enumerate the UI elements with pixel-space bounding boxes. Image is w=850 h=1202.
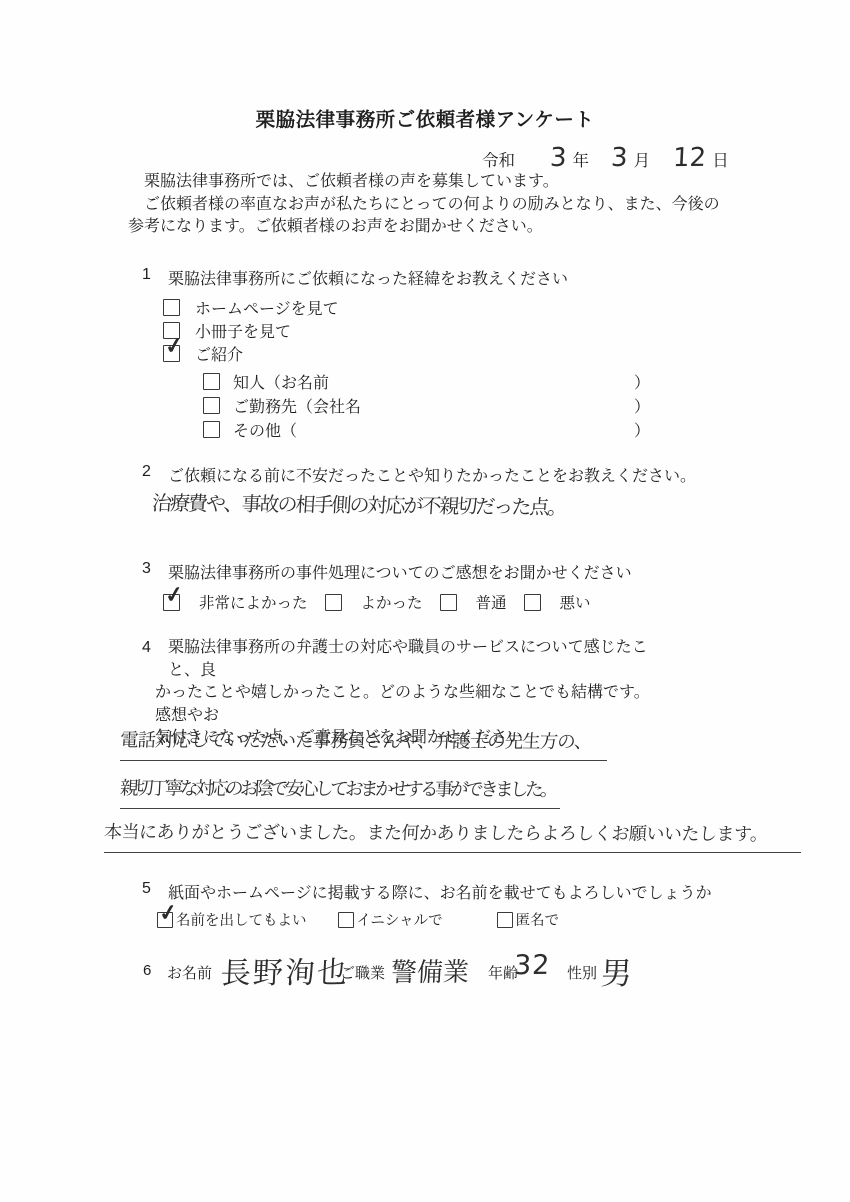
age-value: 32 xyxy=(513,950,551,981)
occupation-value: 警備業 xyxy=(390,952,470,990)
question-1: 1 栗脇法律事務所にご依頼になった経緯をお教えください ホームページを見て 小冊… xyxy=(142,266,673,441)
q2-number: 2 xyxy=(142,463,156,486)
q5-option-anonymous: 匿名で xyxy=(497,909,560,930)
intro-line-1: 栗脇法律事務所では、ご依頼者様の声を募集しています。 xyxy=(128,171,748,194)
q1-options-list: ホームページを見て 小冊子を見て ✓ ご紹介 知人（お名前 ） ご勤務先（会社名… xyxy=(163,296,673,441)
checkbox-initials xyxy=(338,912,354,928)
intro-paragraph: 栗脇法律事務所では、ご依頼者様の声を募集しています。 ご依頼者様の率直なお声が私… xyxy=(128,171,748,239)
q1-number: 1 xyxy=(142,266,156,289)
handwritten-text: 本当にありがとうございました。また何かありましたらよろしくお願いいたします。 xyxy=(103,816,768,851)
checkbox-label: 知人（お名前 xyxy=(233,370,329,393)
checkbox-label: 悪い xyxy=(560,591,591,613)
q1-suboption-acquaintance: 知人（お名前 ） xyxy=(203,369,673,393)
q2-heading-text: ご依頼になる前に不安だったことや知りたかったことをお教えください。 xyxy=(168,463,696,486)
q5-number: 5 xyxy=(142,880,156,903)
name-label: お名前 xyxy=(167,962,212,983)
checkbox-acquaintance xyxy=(203,373,220,390)
date-year-unit: 年 xyxy=(573,147,590,171)
gender-value: 男 xyxy=(600,948,633,993)
q5-heading: 5 紙面やホームページに掲載する際に、お名前を載せてもよろしいでしょうか xyxy=(142,880,712,903)
q3-heading-text: 栗脇法律事務所の事件処理についてのご感想をお聞かせください xyxy=(168,560,632,583)
check-mark: ✓ xyxy=(164,334,185,358)
checkbox-label: よかった xyxy=(361,591,423,613)
check-mark: ✓ xyxy=(158,900,179,924)
date-day-unit: 日 xyxy=(712,147,729,171)
q2-heading: 2 ご依頼になる前に不安だったことや知りたかったことをお教えください。 xyxy=(142,463,696,486)
handwritten-text: 電話対応していただいた事務員さんや、弁護士の先生方の、 xyxy=(119,724,592,760)
q1-suboption-other: その他（ ） xyxy=(203,417,673,441)
checkbox-label: イニシャルで xyxy=(357,909,443,930)
checkbox-homepage xyxy=(163,299,180,316)
checkbox-label: ご紹介 xyxy=(195,342,243,365)
intro-line-2: ご依頼者様の率直なお声が私たちにとっての何よりの励みとなり、また、今後の xyxy=(128,194,748,217)
checkbox-good xyxy=(325,594,342,611)
date-era-label: 令和 xyxy=(482,147,515,171)
q1-option-booklet: 小冊子を見て xyxy=(163,319,673,342)
q1-option-homepage: ホームページを見て xyxy=(163,296,673,319)
q3-options-row: ✓ 非常によかった よかった 普通 悪い xyxy=(163,591,632,613)
q3-number: 3 xyxy=(142,560,156,583)
q6-number: 6 xyxy=(143,962,151,979)
close-paren: ） xyxy=(634,418,650,441)
q5-option-real-name: ✓ 名前を出してもよい xyxy=(157,909,307,930)
q4-number: 4 xyxy=(142,637,156,682)
checkbox-real-name: ✓ xyxy=(157,912,173,928)
check-mark: ✓ xyxy=(164,582,185,606)
intro-line-3: 参考になります。ご依頼者様のお声をお聞かせください。 xyxy=(128,216,748,239)
checkbox-referral: ✓ xyxy=(163,345,180,362)
q3-option-excellent: ✓ 非常によかった xyxy=(163,591,308,613)
checkbox-bad xyxy=(524,594,541,611)
q5-option-initials: イニシャルで xyxy=(338,909,443,930)
checkbox-label: ご勤務先（会社名 xyxy=(233,394,361,417)
checkbox-anonymous xyxy=(497,912,513,928)
q4-answer-line-1: 電話対応していただいた事務員さんや、弁護士の先生方の、 xyxy=(120,724,607,761)
q4-heading-text-1: 栗脇法律事務所の弁護士の対応や職員のサービスについて感じたこと、良 xyxy=(168,637,662,682)
date-month-value: 3 xyxy=(610,143,628,173)
checkbox-label: 小冊子を見て xyxy=(195,319,291,342)
checkbox-label: その他（ xyxy=(233,418,297,441)
q1-heading: 1 栗脇法律事務所にご依頼になった経緯をお教えください xyxy=(142,266,673,289)
close-paren: ） xyxy=(634,394,650,417)
q4-heading-line-1: 4 栗脇法律事務所の弁護士の対応や職員のサービスについて感じたこと、良 xyxy=(142,637,662,682)
question-2: 2 ご依頼になる前に不安だったことや知りたかったことをお教えください。 xyxy=(142,463,696,486)
q5-options-row: ✓ 名前を出してもよい イニシャルで 匿名で xyxy=(157,909,712,930)
close-paren: ） xyxy=(634,370,650,393)
q5-heading-text: 紙面やホームページに掲載する際に、お名前を載せてもよろしいでしょうか xyxy=(168,880,712,903)
date-month-unit: 月 xyxy=(634,147,651,171)
checkbox-label: ホームページを見て xyxy=(195,296,339,319)
q1-option-referral: ✓ ご紹介 xyxy=(163,342,673,365)
checkbox-excellent: ✓ xyxy=(163,594,180,611)
q1-suboption-workplace: ご勤務先（会社名 ） xyxy=(203,393,673,417)
name-value: 長野洵也 xyxy=(220,948,350,993)
date-line: 令和 3 年 3 月 12 日 xyxy=(482,143,729,173)
checkbox-label: 名前を出してもよい xyxy=(176,909,307,930)
handwritten-text: 親切丁寧な対応のお陰で安心しておまかせする事ができました。 xyxy=(119,772,556,808)
q3-heading: 3 栗脇法律事務所の事件処理についてのご感想をお聞かせください xyxy=(142,560,632,583)
date-day-value: 12 xyxy=(672,143,706,173)
date-year-value: 3 xyxy=(549,143,567,173)
q3-option-good: よかった xyxy=(325,591,423,613)
occupation-label: ご職業 xyxy=(340,962,385,983)
question-3: 3 栗脇法律事務所の事件処理についてのご感想をお聞かせください ✓ 非常によかっ… xyxy=(142,560,632,613)
question-5: 5 紙面やホームページに掲載する際に、お名前を載せてもよろしいでしょうか ✓ 名… xyxy=(142,880,712,930)
q3-option-normal: 普通 xyxy=(440,591,507,613)
q4-heading-line-2: かったことや嬉しかったこと。どのような些細なことでも結構です。感想やお xyxy=(142,682,662,727)
q3-option-bad: 悪い xyxy=(524,591,591,613)
survey-scan-page: 栗脇法律事務所ご依頼者様アンケート 令和 3 年 3 月 12 日 栗脇法律事務… xyxy=(0,0,850,1202)
checkbox-other xyxy=(203,421,220,438)
q1-heading-text: 栗脇法律事務所にご依頼になった経緯をお教えください xyxy=(168,266,568,289)
checkbox-normal xyxy=(440,594,457,611)
checkbox-label: 普通 xyxy=(476,591,507,613)
checkbox-label: 非常によかった xyxy=(199,591,308,613)
q2-handwritten-answer: 治療費や、事故の相手側の対応が不親切だった点。 xyxy=(151,487,566,520)
q4-answer-line-3: 本当にありがとうございました。また何かありましたらよろしくお願いいたします。 xyxy=(104,817,801,853)
checkbox-workplace xyxy=(203,397,220,414)
q4-answer-line-2: 親切丁寧な対応のお陰で安心しておまかせする事ができました。 xyxy=(120,772,560,809)
checkbox-label: 匿名で xyxy=(516,909,560,930)
question-6: 6 お名前 長野洵也 ご職業 警備業 年齢 32 性別 男 xyxy=(0,948,850,1012)
gender-label: 性別 xyxy=(567,962,597,983)
survey-title: 栗脇法律事務所ご依頼者様アンケート xyxy=(0,104,850,132)
